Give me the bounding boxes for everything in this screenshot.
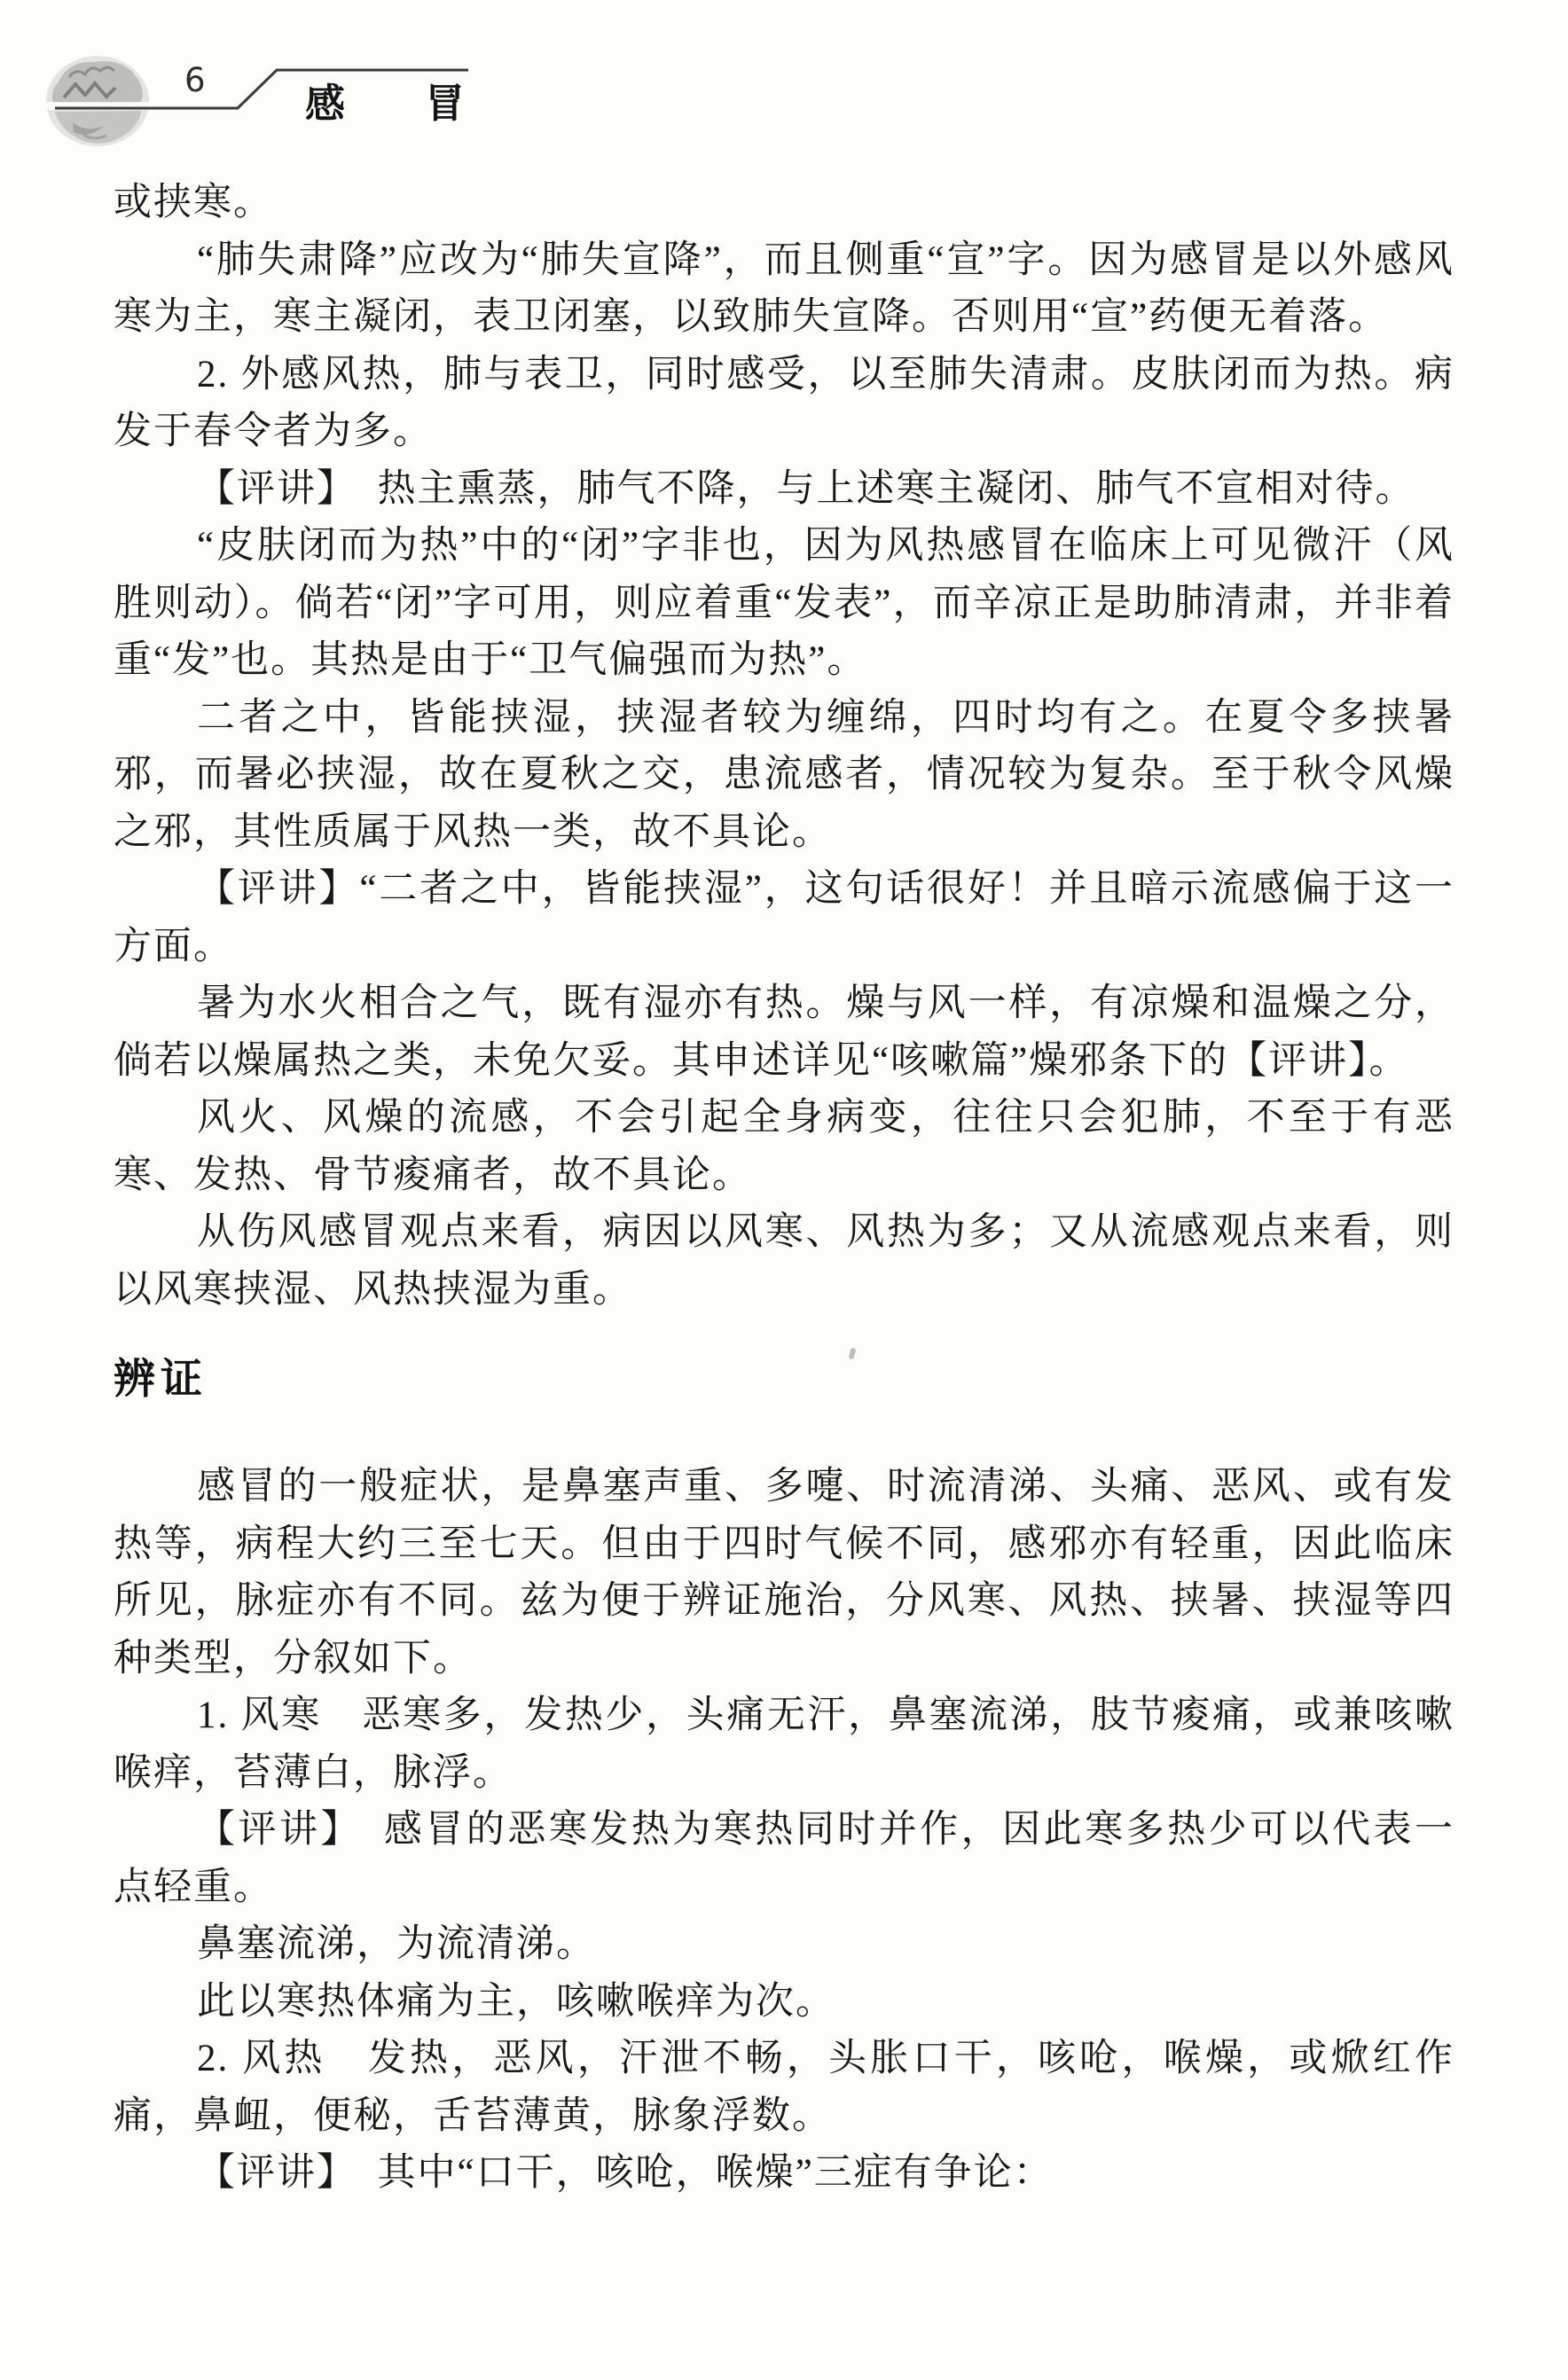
paragraph: 从伤风感冒观点来看，病因以风寒、风热为多；又从流感观点来看，则以风寒挟湿、风热挟… [114,1204,1454,1319]
paragraph: 感冒的一般症状，是鼻塞声重、多嚏、时流清涕、头痛、恶风、或有发热等，病程大约三至… [114,1459,1454,1687]
list-item-paragraph: 2. 风热 发热，恶风，汗泄不畅，头胀口干，咳呛，喉燥，或焮红作痛，鼻衄，便秘，… [114,2031,1454,2145]
chapter-title: 感冒 [305,84,545,124]
paragraph: 2. 外感风热，肺与表卫，同时感受，以至肺失清肃。皮肤闭而为热。病发于春令者为多… [114,347,1454,461]
continuation-paragraph: 或挟寒。 [114,175,1454,232]
paragraph: 鼻塞流涕，为流清涕。 [114,1916,1454,1974]
section-heading: 辨证 [114,1354,1454,1405]
paragraph: 风火、风燥的流感，不会引起全身病变，往往只会犯肺，不至于有恶寒、发热、骨节痠痛者… [114,1090,1454,1204]
paragraph: “皮肤闭而为热”中的“闭”字非也，因为风热感冒在临床上可见微汗（风胜则动）。倘若… [114,518,1454,690]
list-item-paragraph: 1. 风寒 恶寒多，发热少，头痛无汗，鼻塞流涕，肢节痠痛，或兼咳嗽喉痒，苔薄白，… [114,1687,1454,1802]
commentary-paragraph: 【评讲】 热主熏蒸，肺气不降，与上述寒主凝闭、肺气不宣相对待。 [114,461,1454,519]
commentary-paragraph: 【评讲】 感冒的恶寒发热为寒热同时并作，因此寒多热少可以代表一点轻重。 [114,1802,1454,1916]
commentary-paragraph: 【评讲】“二者之中，皆能挟湿”，这句话很好！并且暗示流感偏于这一方面。 [114,861,1454,975]
page-header: 6 感冒 [0,0,621,177]
paragraph: 此以寒热体痛为主，咳嗽喉痒为次。 [114,1974,1454,2032]
commentary-paragraph: 【评讲】 其中“口干，咳呛，喉燥”三症有争论： [114,2145,1454,2203]
paragraph: 暑为水火相合之气，既有湿亦有热。燥与风一样，有凉燥和温燥之分，倘若以燥属热之类，… [114,975,1454,1090]
paragraph: 二者之中，皆能挟湿，挟湿者较为缠绵，四时均有之。在夏令多挟暑邪，而暑必挟湿，故在… [114,690,1454,862]
page-body: 或挟寒。 “肺失肃降”应改为“肺失宣降”，而且侧重“宣”字。因为感冒是以外感风寒… [114,175,1454,2203]
paragraph: “肺失肃降”应改为“肺失宣降”，而且侧重“宣”字。因为感冒是以外感风寒为主，寒主… [114,232,1454,347]
book-page: 6 感冒 或挟寒。 “肺失肃降”应改为“肺失宣降”，而且侧重“宣”字。因为感冒是… [0,0,1568,2380]
